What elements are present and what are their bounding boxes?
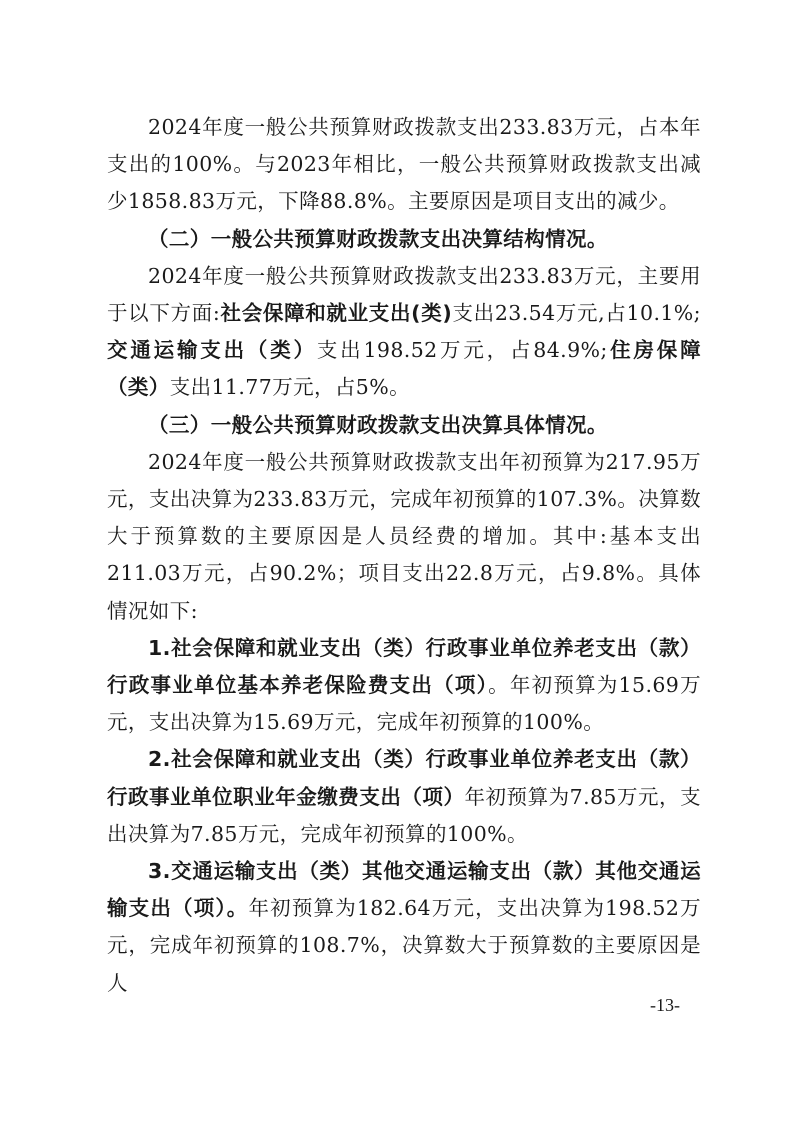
list-item-1: 1.社会保障和就业支出（类）行政事业单位养老支出（款）行政事业单位基本养老保险费…: [107, 630, 701, 742]
section-heading-structure: （二）一般公共预算财政拨款支出决算结构情况。: [107, 221, 701, 258]
paragraph-overview: 2024年度一般公共预算财政拨款支出233.83万元，占本年支出的100%。与2…: [107, 109, 701, 221]
list-item-2: 2.社会保障和就业支出（类）行政事业单位养老支出（款）行政事业单位职业年金缴费支…: [107, 741, 701, 853]
page-number: -13-: [650, 995, 680, 1016]
document-page: 2024年度一般公共预算财政拨款支出233.83万元，占本年支出的100%。与2…: [107, 109, 701, 1002]
category-transport-amount: 支出198.52万元，占84.9%;: [317, 338, 608, 362]
category-social-security-amount: 支出23.54万元,占10.1%;: [452, 301, 701, 325]
category-social-security: 社会保障和就业支出(类): [220, 301, 452, 325]
list-item-3: 3.交通运输支出（类）其他交通运输支出（款）其他交通运输支出（项）。年初预算为1…: [107, 853, 701, 1002]
paragraph-details: 2024年度一般公共预算财政拨款支出年初预算为217.95万元，支出决算为233…: [107, 444, 701, 630]
section-heading-details: （三）一般公共预算财政拨款支出决算具体情况。: [107, 407, 701, 444]
category-transport: 交通运输支出（类）: [107, 338, 317, 362]
paragraph-structure: 2024年度一般公共预算财政拨款支出233.83万元，主要用于以下方面:社会保障…: [107, 258, 701, 407]
category-housing-amount: 支出11.77万元，占5%。: [170, 375, 410, 399]
